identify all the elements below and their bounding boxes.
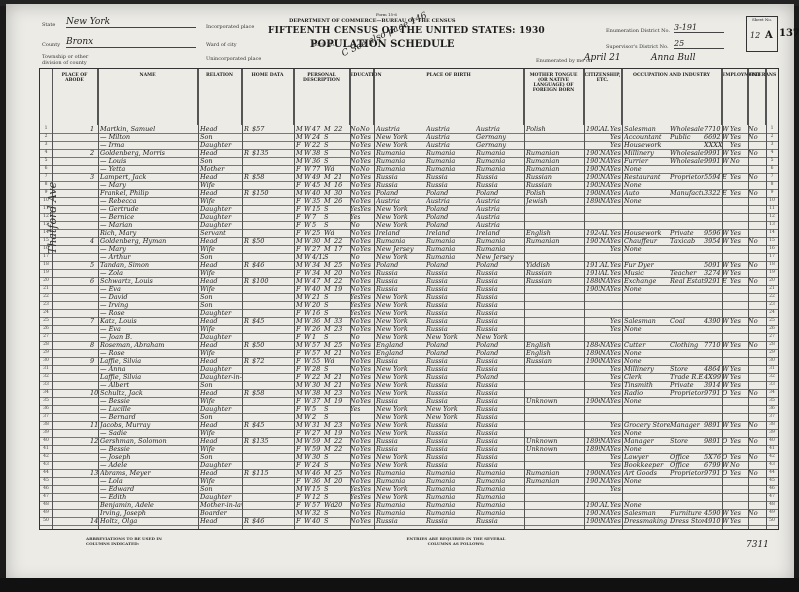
cell-school: No [350,365,360,373]
cell-tongue: Polish [526,125,566,133]
cell-industry [670,253,704,261]
cell-employed: Yes [730,141,744,149]
cell-code: 4390 [704,317,722,325]
cell-sex: F [296,405,304,413]
cell-school: No [350,165,360,173]
cell-occupation: Cutter [624,341,670,349]
cell-school: No [350,333,360,341]
cell-immig: 1907 [586,157,600,165]
cell-value [252,229,272,237]
cell-age: 1 [312,333,324,341]
block-label: Block No. [311,42,336,48]
cell-birth: Austria [376,125,424,133]
cell-race: W [304,365,312,373]
cell-family [90,285,98,293]
cell-race: W [304,453,312,461]
cell-name: — Rose [100,349,198,357]
cell-birth: New York [376,365,424,373]
cell-tongue [526,421,566,429]
cell-relation: Wife [200,245,242,253]
cell-value [252,429,272,437]
cell-natz: NA [600,165,610,173]
cell-age: 28 [312,365,324,373]
cell-age-married: 21 [334,173,344,181]
cell-veteran [748,333,762,341]
cell-immig [586,405,600,413]
cell-occupation: None [624,165,670,173]
cell-age: 24 [312,461,324,469]
cell-mother: Russia [476,389,522,397]
cell-birth: Russia [376,181,424,189]
line-number-right: 10 [766,197,778,205]
cell-race: W [304,141,312,149]
cell-marital: S [324,413,334,421]
cell-read: Yes [360,245,372,253]
cell-occupation: Dressmaking [624,517,670,525]
cell-employed [730,429,744,437]
cell-read: Yes [360,229,372,237]
cell-immig: 1901 [586,501,600,509]
cell-read: Yes [360,365,372,373]
cell-relation: Head [200,125,242,133]
cell-relation: Wife [200,197,242,205]
cell-immig [586,253,600,261]
cell-family: 3 [90,173,98,181]
cell-tenure [244,181,252,189]
cell-sex: F [296,205,304,213]
cell-natz: NA [600,189,610,197]
cell-mother: Russia [476,453,522,461]
cell-father: Poland [426,261,474,269]
cell-family: 1 [90,125,98,133]
cell-veteran: No [748,149,762,157]
cell-tenure: R [244,277,252,285]
line-number: 27 [40,333,52,341]
cell-father: Russia [426,421,474,429]
cell-read: Yes [360,277,372,285]
cell-worker: W [722,269,730,277]
cell-relation: Son [200,381,242,389]
cell-industry [670,357,704,365]
cell-veteran [748,445,762,453]
cell-tenure [244,461,252,469]
line-number-right: 31 [766,365,778,373]
cell-worker: E [722,277,730,285]
cell-sex: M [296,509,304,517]
cell-race: W [304,349,312,357]
cell-relation: Head [200,357,242,365]
cell-mother: Russia [476,277,522,285]
cell-immig: 1890 [586,349,600,357]
cell-family [90,293,98,301]
cell-natz: NA [600,397,610,405]
cell-veteran: No [748,133,762,141]
township-label: Township or other division of county [42,54,102,66]
sheet-label: Sheet No. [747,17,777,22]
cell-name: — Marian [100,221,198,229]
line-number: 24 [40,309,52,317]
cell-birth: New York [376,413,424,421]
cell-school: Yes [350,493,360,501]
cell-father: Ireland [426,229,474,237]
cell-value [252,285,272,293]
cell-marital: S [324,301,334,309]
cell-code [704,429,722,437]
cell-value [252,141,272,149]
cell-worker [722,397,730,405]
cell-immig [586,381,600,389]
cell-read: Yes [360,485,372,493]
cell-worker: W [722,317,730,325]
cell-english: Yes [610,381,622,389]
cell-race: W [304,333,312,341]
cell-relation: Daughter [200,333,242,341]
cell-english: Yes [610,157,622,165]
cell-name: — Bernice [100,213,198,221]
cell-family [90,373,98,381]
cell-marital: M [324,245,334,253]
cell-family [90,429,98,437]
cell-industry [670,429,704,437]
cell-father: New York [426,333,474,341]
cell-worker: W [722,461,730,469]
cell-english: Yes [610,509,622,517]
cell-occupation: Salesman [624,509,670,517]
cell-age: 57 [312,349,324,357]
cell-immig: 1907 [586,237,600,245]
cell-marital: S [324,509,334,517]
cell-age: 30 [312,453,324,461]
line-number: 28 [40,341,52,349]
cell-read: Yes [360,509,372,517]
cell-relation: Son [200,301,242,309]
cell-school: Yes [350,309,360,317]
cell-industry [670,309,704,317]
cell-age: 35 [312,197,324,205]
cell-veteran: No [748,189,762,197]
cell-industry [670,493,704,501]
cell-industry: Proprietor [670,173,704,181]
line-number-right: 22 [766,293,778,301]
cell-tenure [244,205,252,213]
cell-code: 7710 [704,125,722,133]
cell-worker [722,485,730,493]
cell-worker: E [722,173,730,181]
cell-marital: S [324,517,334,525]
cell-worker: W [722,517,730,525]
cell-school: Yes [350,293,360,301]
cell-family: 6 [90,277,98,285]
cell-school: Yes [350,485,360,493]
cell-father: Rumania [426,253,474,261]
cell-race: W [304,237,312,245]
cell-occupation: Exchange [624,277,670,285]
cell-natz [600,485,610,493]
line-number-right: 35 [766,397,778,405]
cell-age-married: 21 [334,349,344,357]
cell-school: No [350,453,360,461]
cell-birth: Rumania [376,149,424,157]
cell-value: $58 [252,173,272,181]
cell-tongue [526,509,566,517]
cell-school: Yes [350,301,360,309]
cell-veteran [748,413,762,421]
cell-name: — Gertrude [100,205,198,213]
cell-immig [586,245,600,253]
cell-school: No [350,341,360,349]
cell-veteran [748,197,762,205]
cell-english: Yes [610,317,622,325]
cell-race: W [304,517,312,525]
cell-worker: O [722,389,730,397]
sd-label: Supervisor's District No. [606,44,669,50]
cell-tenure [244,373,252,381]
cell-relation: Daughter [200,405,242,413]
cell-english: Yes [610,181,622,189]
line-number-right: 27 [766,333,778,341]
cell-school: No [350,245,360,253]
cell-father: Russia [426,453,474,461]
cell-worker: W [722,421,730,429]
cell-sex: M [296,453,304,461]
cell-name: Katz, Louis [100,317,198,325]
cell-age-married [334,509,344,517]
cell-race: W [304,277,312,285]
cell-mother: Russia [476,285,522,293]
cell-code [704,245,722,253]
cell-english: Yes [610,125,622,133]
cell-birth: New York [376,301,424,309]
cell-english: Yes [610,165,622,173]
cell-age: 22 [312,141,324,149]
grid-divider [52,69,53,529]
cell-code: 4590 [704,509,722,517]
line-number-right: 30 [766,357,778,365]
cell-read: Yes [360,285,372,293]
cell-sex: M [296,413,304,421]
cell-tongue [526,413,566,421]
cell-mother: Rumania [476,157,522,165]
cell-tongue: Polish [526,189,566,197]
cell-sex: F [296,333,304,341]
line-number: 21 [40,285,52,293]
cell-english [610,405,622,413]
cell-occupation: Salesman [624,317,670,325]
cell-english: Yes [610,325,622,333]
cell-age-married [334,461,344,469]
cell-family [90,133,98,141]
cell-occupation: Art Goods [624,469,670,477]
cell-tongue: Rumanian [526,149,566,157]
line-number: 40 [40,437,52,445]
cell-mother: Russia [476,397,522,405]
cell-read: Yes [360,269,372,277]
cell-value: $58 [252,389,272,397]
cell-father: Russia [426,445,474,453]
cell-mother: Germany [476,133,522,141]
cell-occupation: None [624,477,670,485]
cell-occupation [624,309,670,317]
cell-tongue [526,405,566,413]
cell-value [252,165,272,173]
cell-birth: Poland [376,261,424,269]
cell-value [252,405,272,413]
cell-employed [730,309,744,317]
cell-occupation [624,405,670,413]
cell-natz: NA [600,477,610,485]
cell-mother: Russia [476,405,522,413]
cell-worker [722,333,730,341]
cell-value: $72 [252,357,272,365]
cell-natz [600,317,610,325]
cell-read: Yes [360,133,372,141]
cell-birth: Russia [376,173,424,181]
cell-employed [730,205,744,213]
cell-industry: Wholesale [670,149,704,157]
cell-marital: M [324,389,334,397]
cell-name: Laffie, Silvia [100,373,198,381]
cell-tenure: R [244,341,252,349]
cell-occupation: Lawyer [624,453,670,461]
cell-name: — Rose [100,309,198,317]
cell-veteran: No [748,277,762,285]
cell-birth: New York [376,309,424,317]
cell-natz [600,405,610,413]
cell-code: 3322 [704,189,722,197]
cell-sex: M [296,189,304,197]
cell-code: 9991 [704,149,722,157]
line-number-right: 44 [766,469,778,477]
cell-birth: New York [376,493,424,501]
cell-relation: Son [200,413,242,421]
cell-employed: Yes [730,125,744,133]
cell-father: Rumania [426,237,474,245]
cell-veteran: No [748,237,762,245]
cell-birth: New York [376,213,424,221]
state-value: New York [66,17,196,28]
line-number: 33 [40,381,52,389]
col-citizenship: CITIZENSHIP, ETC. [584,69,622,125]
line-number: 46 [40,485,52,493]
cell-school: No [350,349,360,357]
cell-immig [586,365,600,373]
cell-school: No [350,373,360,381]
cell-school: No [350,437,360,445]
cell-name: — Milton [100,133,198,141]
cell-birth: New York [376,453,424,461]
cell-tongue [526,245,566,253]
cell-birth: New York [376,389,424,397]
cell-tenure [244,269,252,277]
cell-age-married [334,517,344,525]
cell-worker [722,221,730,229]
cell-tenure: R [244,149,252,157]
cell-code: 3954 [704,237,722,245]
cell-mother: Russia [476,181,522,189]
cell-code [704,213,722,221]
cell-worker [722,165,730,173]
cell-value: $45 [252,421,272,429]
cell-age-married: 17 [334,245,344,253]
cell-employed [730,493,744,501]
cell-mother: Poland [476,341,522,349]
col-personal: PERSONAL DESCRIPTION [294,69,350,125]
cell-sex: F [296,221,304,229]
cell-family [90,301,98,309]
cell-sex: M [296,277,304,285]
cell-relation: Daughter [200,309,242,317]
cell-sex: M [296,261,304,269]
cell-tongue [526,301,566,309]
cell-birth: Russia [376,517,424,525]
cell-race: W [304,133,312,141]
cell-tenure [244,293,252,301]
cell-relation: Wife [200,445,242,453]
cell-marital: S [324,485,334,493]
cell-age: 2 [312,413,324,421]
cell-father: Russia [426,277,474,285]
cell-tenure [244,157,252,165]
cell-marital: M [324,237,334,245]
cell-sex: F [296,493,304,501]
cell-employed [730,197,744,205]
cell-immig: 1918 [586,269,600,277]
cell-father: Rumania [426,469,474,477]
cell-mother: Russia [476,301,522,309]
cell-sex: M [296,421,304,429]
cell-race: W [304,381,312,389]
cell-worker [722,477,730,485]
cell-tongue: Jewish [526,197,566,205]
cell-tongue: English [526,349,566,357]
cell-immig [586,133,600,141]
cell-name: — Louis [100,157,198,165]
cell-relation: Daughter [200,141,242,149]
cell-natz [600,461,610,469]
cell-marital: S [324,293,334,301]
cell-industry: Private [670,229,704,237]
cell-occupation [624,413,670,421]
cell-marital: M [324,397,334,405]
cell-occupation: Restaurant [624,173,670,181]
cell-marital: M [324,277,334,285]
line-number: 44 [40,469,52,477]
cell-mother: Russia [476,293,522,301]
grid-divider [766,69,767,529]
cell-code: 9791 [704,389,722,397]
cell-mother: Germany [476,141,522,149]
line-number-right: 24 [766,309,778,317]
cell-veteran [748,381,762,389]
cell-name: — Eva [100,325,198,333]
cell-occupation: Millinery [624,365,670,373]
cell-birth: Russia [376,437,424,445]
cell-race: W [304,373,312,381]
line-number: 1 [40,125,52,133]
cell-sex: F [296,165,304,173]
ed-value: 3-191 [674,23,724,33]
cell-natz [600,413,610,421]
cell-code: 5X76 [704,453,722,461]
cell-veteran: No [748,453,762,461]
cell-father: New York [426,413,474,421]
line-number: 25 [40,317,52,325]
cell-age-married: 21 [334,381,344,389]
cell-natz: NA [600,341,610,349]
cell-employed [730,485,744,493]
cell-mother: Russia [476,365,522,373]
cell-read: Yes [360,309,372,317]
